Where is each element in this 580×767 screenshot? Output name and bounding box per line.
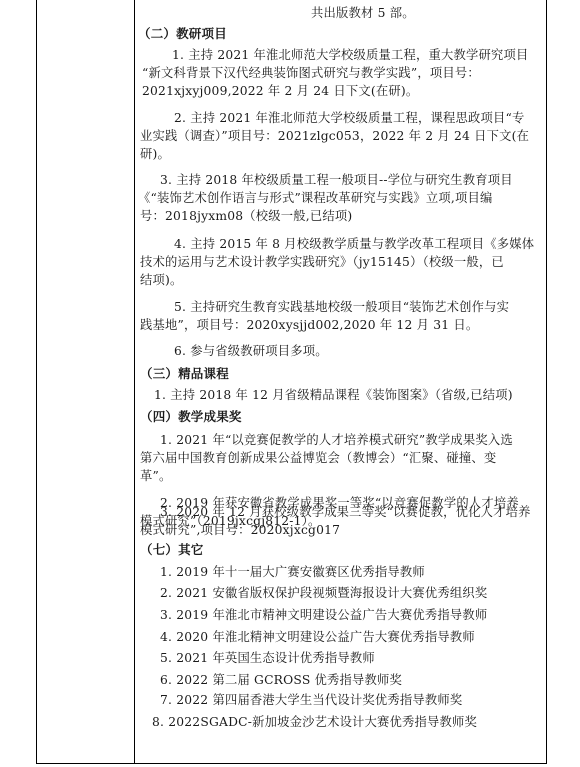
text-line: 号：2018jyxm08（校级一般,已结项): [140, 207, 352, 225]
text-line: 《“装饰艺术创作语言与形式”课程改革研究与实践》立项,项目编: [138, 189, 493, 207]
section-heading-courses: （三）精品课程: [140, 365, 229, 383]
text-line: “新文科背景下汉代经典装饰图式研究与教学实践”，项目号：: [142, 64, 480, 82]
other-item: 3. 2019 年淮北市精神文明建设公益广告大赛优秀指导教师: [160, 606, 487, 624]
text-line: 2021xjxyj009,2022 年 2 月 24 日下文(在研)。: [142, 82, 418, 100]
text-line: 结项)。: [140, 271, 183, 289]
text-line: 3. 2020 年 12 月获校级教学成果三等奖“以赛促教，优化人才培养: [160, 503, 531, 521]
other-item: 7. 2022 第四届香港大学生当代设计奖优秀指导教师奖: [160, 691, 462, 709]
table-border-bottom: [36, 763, 547, 764]
other-item: 4. 2020 年淮北精神文明建设公益广告大赛优秀指导教师: [160, 628, 475, 646]
section-heading-other: （七）其它: [140, 541, 204, 559]
other-item: 5. 2021 年英国生态设计优秀指导教师: [160, 649, 375, 667]
table-border-right: [546, 0, 547, 764]
text-line: 研)。: [140, 145, 170, 163]
other-item: 8. 2022SGADC-新加坡金沙艺术设计大赛优秀指导教师奖: [152, 713, 477, 731]
text-line: 2. 主持 2021 年淮北师范大学校级质量工程，课程思政项目“专: [174, 109, 524, 127]
table-column-divider: [134, 0, 135, 764]
section-heading-awards: （四）教学成果奖: [140, 408, 242, 426]
label-column-cell: [37, 0, 134, 763]
other-item: 2. 2021 安徽省版权保护段视频暨海报设计大赛优秀组织奖: [160, 584, 487, 602]
text-line: 1. 主持 2021 年淮北师范大学校级质量工程，重大教学研究项目: [172, 46, 528, 64]
text-line: 技术的运用与艺术设计教学实践研究》（jy15145）（校级一般，已: [140, 253, 504, 271]
intro-tail: 共出版教材 5 部。: [311, 4, 415, 22]
text-line: 3. 主持 2018 年校级质量工程一般项目--学位与研究生教育项目: [160, 171, 513, 189]
other-item: 6. 2022 第二届 GCROSS 优秀指导教师奖: [160, 671, 402, 689]
section-heading-research: （二）教研项目: [138, 25, 227, 43]
text-line: 第六届中国教育创新成果公益博览会（教博会）“汇聚、碰撞、变: [140, 449, 496, 467]
text-line: 4. 主持 2015 年 8 月校级教学质量与教学改革工程项目《多媒体: [174, 235, 534, 253]
text-line: 践基地”，项目号：2020xysjjd002,2020 年 12 月 31 日。: [140, 316, 478, 334]
text-line: 业实践（调查）”项目号：2021zlgc053，2022 年 2 月 24 日下…: [140, 127, 529, 145]
text-line: 5. 主持研究生教育实践基地校级一般项目“装饰艺术创作与实: [174, 298, 509, 316]
research-item-6: 6. 参与省级教研项目多项。: [174, 342, 328, 360]
other-item: 1. 2019 年十一届大广赛安徽赛区优秀指导教师: [160, 563, 425, 581]
text-line: 1. 2021 年“以竞赛促教学的人才培养模式研究”教学成果奖入选: [160, 431, 513, 449]
text-line: 模式研究”,项目号：2020xjxcg017: [140, 521, 340, 539]
text-line: 革”。: [140, 467, 171, 485]
course-item-1: 1. 主持 2018 年 12 月省级精品课程《装饰图案》（省级,已结项): [154, 386, 513, 404]
